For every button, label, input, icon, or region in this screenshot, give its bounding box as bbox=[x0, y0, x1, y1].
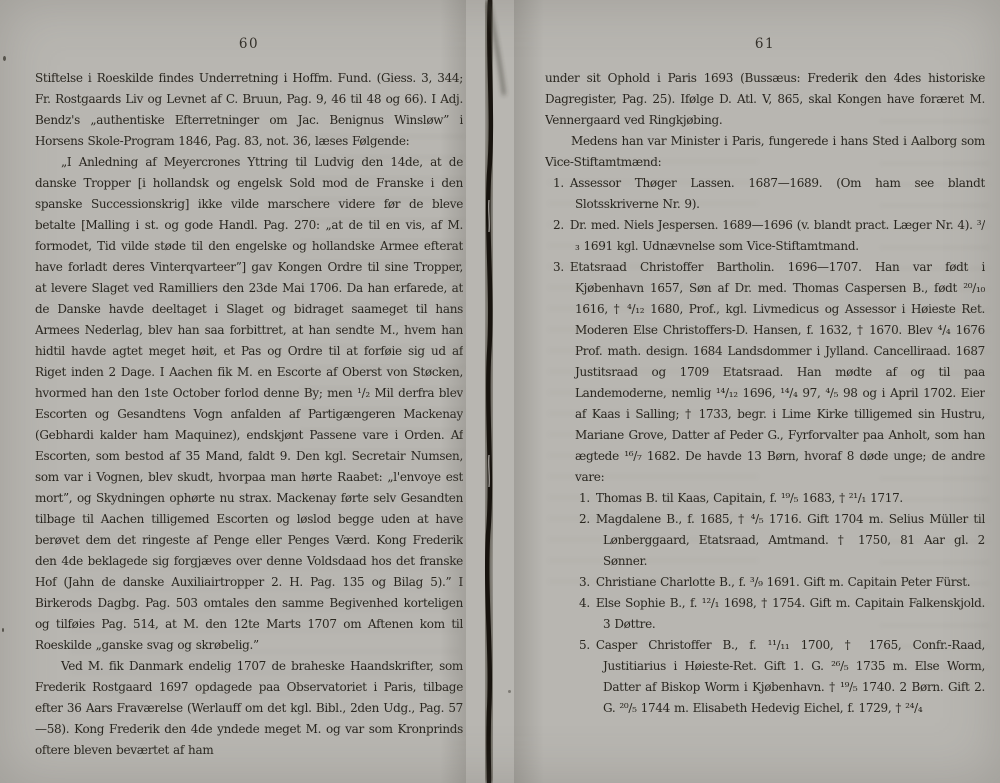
gutter-fold-line bbox=[466, 0, 514, 783]
list-item-number: 2. bbox=[553, 218, 570, 232]
page-text-left: Stiftelse i Roeskilde findes Underretnin… bbox=[35, 68, 463, 761]
scan-artifact bbox=[508, 690, 511, 693]
list-item-text: Thomas B. til Kaas, Capitain, f. ¹⁹/₅ 16… bbox=[596, 491, 903, 505]
gutter-shadow-right bbox=[514, 0, 544, 783]
list-item: 4.Else Sophie B., f. ¹²/₁ 1698, † 1754. … bbox=[545, 593, 985, 635]
list-item-number: 1. bbox=[579, 491, 596, 505]
scan-artifact bbox=[2, 628, 4, 632]
list-item: 5.Casper Christoffer B., f. ¹¹/₁₁ 1700, … bbox=[545, 635, 985, 719]
list-item-text: Magdalene B., f. 1685, † ⁴/₅ 1716. Gift … bbox=[596, 512, 985, 568]
list-item-text: Dr. med. Niels Jespersen. 1689—1696 (v. … bbox=[570, 218, 985, 253]
list-item: 2.Dr. med. Niels Jespersen. 1689—1696 (v… bbox=[545, 215, 985, 257]
list-item: 3.Etatsraad Christoffer Bartholin. 1696—… bbox=[545, 257, 985, 488]
page-number-right: 61 bbox=[545, 36, 985, 52]
page-text-right: under sit Ophold i Paris 1693 (Bussæus: … bbox=[545, 68, 985, 719]
list-item-number: 1. bbox=[553, 176, 570, 190]
list-item-number: 5. bbox=[579, 638, 596, 652]
list-item: 1.Assessor Thøger Lassen. 1687—1689. (Om… bbox=[545, 173, 985, 215]
list-item-text: Else Sophie B., f. ¹²/₁ 1698, † 1754. Gi… bbox=[596, 596, 985, 631]
list-item-text: Assessor Thøger Lassen. 1687—1689. (Om h… bbox=[570, 176, 985, 211]
list-item: 3.Christiane Charlotte B., f. ³/₉ 1691. … bbox=[545, 572, 985, 593]
list-item: 1.Thomas B. til Kaas, Capitain, f. ¹⁹/₅ … bbox=[545, 488, 985, 509]
scan-artifact bbox=[3, 56, 6, 61]
list-item-number: 3. bbox=[579, 575, 596, 589]
paragraph: Stiftelse i Roeskilde findes Underretnin… bbox=[35, 68, 463, 152]
list-item-text: Christiane Charlotte B., f. ³/₉ 1691. Gi… bbox=[596, 575, 970, 589]
list-item: 2.Magdalene B., f. 1685, † ⁴/₅ 1716. Gif… bbox=[545, 509, 985, 572]
list-item-number: 2. bbox=[579, 512, 596, 526]
page-left: 60 Stiftelse i Roeskilde findes Underret… bbox=[35, 0, 463, 783]
paragraph: „I Anledning af Meyercrones Yttring til … bbox=[35, 152, 463, 656]
paragraph: under sit Ophold i Paris 1693 (Bussæus: … bbox=[545, 68, 985, 131]
book-scan: 60 Stiftelse i Roeskilde findes Underret… bbox=[0, 0, 1000, 783]
list-item-number: 4. bbox=[579, 596, 596, 610]
page-number-left: 60 bbox=[35, 36, 463, 52]
list-item-number: 3. bbox=[553, 260, 570, 274]
paragraph: Medens han var Minister i Paris, fungere… bbox=[545, 131, 985, 173]
paragraph: Ved M. fik Danmark endelig 1707 de brahe… bbox=[35, 656, 463, 761]
list-item-text: Casper Christoffer B., f. ¹¹/₁₁ 1700, † … bbox=[596, 638, 985, 715]
page-right: 61 under sit Ophold i Paris 1693 (Bussæu… bbox=[545, 0, 985, 783]
list-item-text: Etatsraad Christoffer Bartholin. 1696—17… bbox=[570, 260, 985, 484]
book-binding-gutter bbox=[466, 0, 514, 783]
